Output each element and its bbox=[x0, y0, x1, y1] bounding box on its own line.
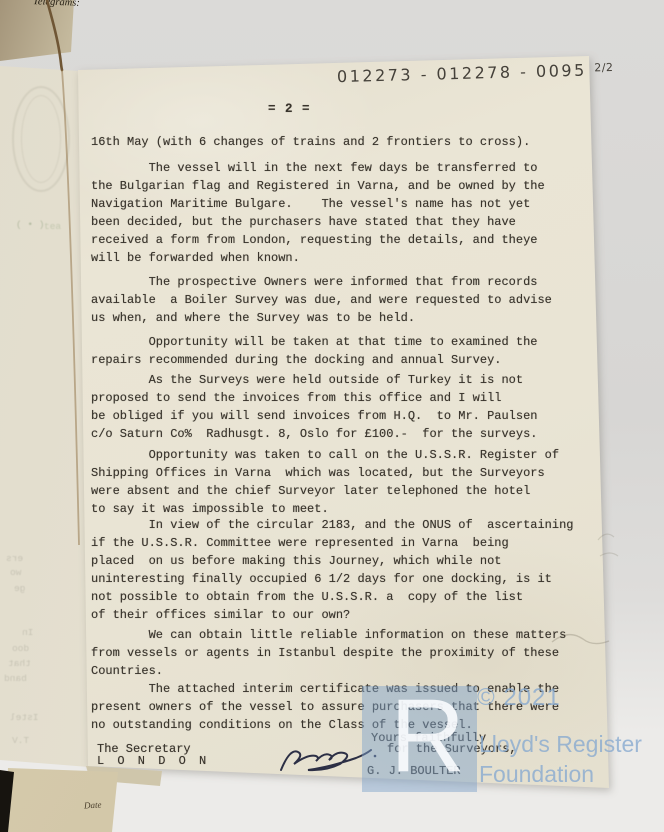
typewritten-line: c/o Saturn Co% Radhusgt. 8, Oslo for £10… bbox=[91, 425, 601, 443]
reference-fraction: 2/2 bbox=[594, 61, 614, 74]
lloyds-register-logo-square: R bbox=[362, 686, 477, 792]
typewritten-line: We can obtain little reliable informatio… bbox=[91, 626, 601, 644]
typewritten-line: Countries. bbox=[91, 662, 601, 680]
paragraph: In view of the circular 2183, and the ON… bbox=[91, 516, 601, 624]
copyright-watermark: © 2021 bbox=[477, 684, 561, 712]
typewritten-line: the Bulgarian flag and Registered in Var… bbox=[91, 177, 601, 195]
typewritten-line: In view of the circular 2183, and the ON… bbox=[91, 516, 601, 534]
typewritten-line: The prospective Owners were informed tha… bbox=[91, 273, 601, 291]
typewritten-line: available a Boiler Survey was due, and w… bbox=[91, 291, 601, 309]
watermark-foundation: Foundation bbox=[479, 761, 594, 788]
paragraph: As the Surveys were held outside of Turk… bbox=[91, 371, 601, 443]
typewritten-line: As the Surveys were held outside of Turk… bbox=[91, 371, 601, 389]
typewritten-line: us when, and where the Survey was to be … bbox=[91, 309, 601, 327]
typewritten-line: not possible to obtain from the U.S.S.R.… bbox=[91, 588, 601, 606]
lloyds-register-logo-letter: R bbox=[390, 686, 465, 792]
scanned-letter-photo: ( • )teaerswogeIndoothatbandIstelT.V Tel… bbox=[0, 0, 664, 832]
typewritten-line: been decided, but the purchasers have st… bbox=[91, 213, 601, 231]
typewritten-line: Navigation Maritime Bulgare. The vessel'… bbox=[91, 195, 601, 213]
paragraph: Opportunity was taken to call on the U.S… bbox=[91, 446, 601, 518]
typewritten-line: Opportunity was taken to call on the U.S… bbox=[91, 446, 601, 464]
typewritten-line: placed on us before making this Journey,… bbox=[91, 552, 601, 570]
recipient-city: L O N D O N bbox=[97, 752, 209, 770]
typewritten-line: received a form from London, requesting … bbox=[91, 231, 601, 249]
typewritten-line: Opportunity will be taken at that time t… bbox=[91, 333, 601, 351]
typewritten-line: of their offices similar to our own? bbox=[91, 606, 601, 624]
date-label: Date bbox=[84, 800, 102, 811]
paragraph: 16th May (with 6 changes of trains and 2… bbox=[91, 133, 601, 151]
typewritten-line: from vessels or agents in Istanbul despi… bbox=[91, 644, 601, 662]
watermark-lloyds-register: Lloyd's Register bbox=[479, 731, 642, 758]
typewritten-line: if the U.S.S.R. Committee were represent… bbox=[91, 534, 601, 552]
typewritten-line: be obliged if you will send invoices fro… bbox=[91, 407, 601, 425]
paragraph: The prospective Owners were informed tha… bbox=[91, 273, 601, 327]
typewritten-line: The vessel will in the next few days be … bbox=[91, 159, 601, 177]
typewritten-line: will be forwarded when known. bbox=[91, 249, 601, 267]
typewritten-line: were absent and the chief Surveyor later… bbox=[91, 482, 601, 500]
page-number: = 2 = bbox=[268, 100, 311, 118]
typewritten-line: Shipping Offices in Varna which was loca… bbox=[91, 464, 601, 482]
typewritten-line: repairs recommended during the docking a… bbox=[91, 351, 601, 369]
paragraph: We can obtain little reliable informatio… bbox=[91, 626, 601, 680]
typewritten-line: 16th May (with 6 changes of trains and 2… bbox=[91, 133, 601, 151]
paragraph: The vessel will in the next few days be … bbox=[91, 159, 601, 267]
letter-body: 16th May (with 6 changes of trains and 2… bbox=[91, 133, 601, 740]
typewritten-line: proposed to send the invoices from this … bbox=[91, 389, 601, 407]
typewritten-line: uninteresting finally occupied 6 1/2 day… bbox=[91, 570, 601, 588]
paragraph: Opportunity will be taken at that time t… bbox=[91, 333, 601, 369]
